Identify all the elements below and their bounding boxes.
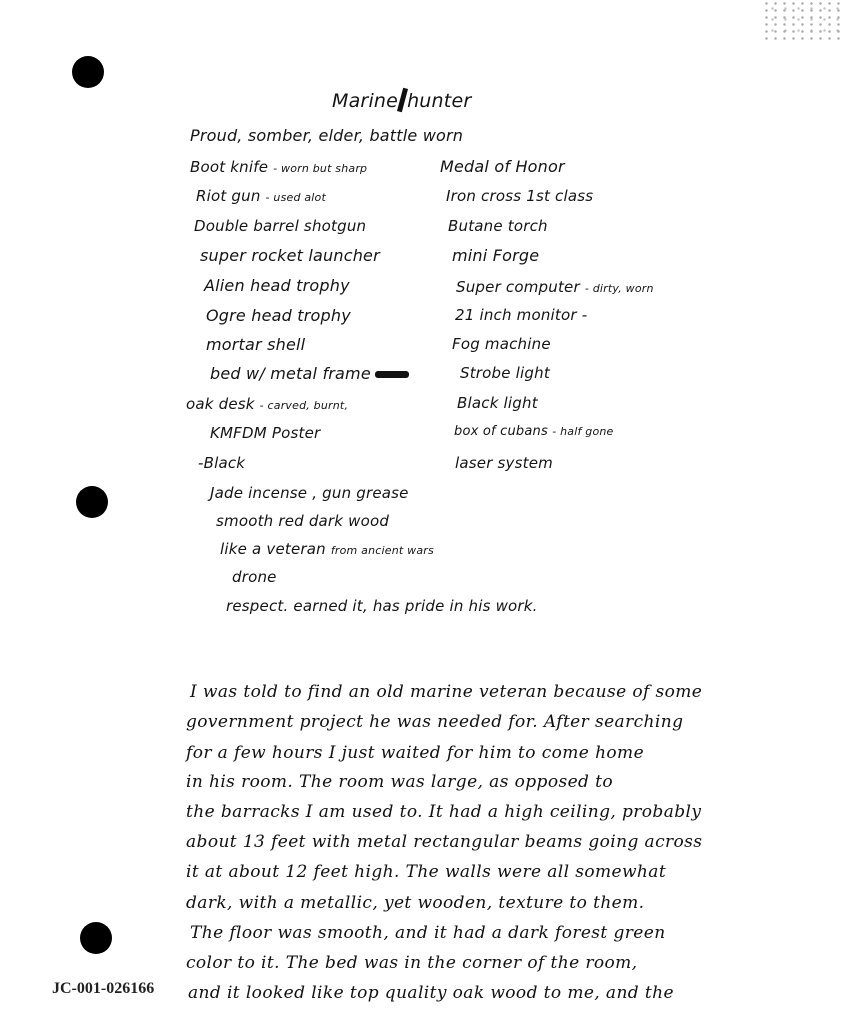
list-item: laser system bbox=[455, 454, 553, 472]
narrative-line: I was told to find an old marine veteran… bbox=[190, 682, 702, 702]
list-item: bed w/ metal frame bbox=[210, 364, 409, 383]
title-hunter: hunter bbox=[407, 90, 471, 112]
list-item: box of cubans - half gone bbox=[454, 424, 614, 439]
descriptor-line: Proud, somber, elder, battle worn bbox=[190, 126, 463, 145]
note-line: like a veteran from ancient wars bbox=[220, 540, 434, 558]
list-item: Super computer - dirty, worn bbox=[456, 278, 654, 296]
list-item: mortar shell bbox=[206, 335, 305, 354]
list-item: Fog machine bbox=[452, 335, 551, 353]
scan-speckle bbox=[762, 0, 842, 40]
list-item: mini Forge bbox=[452, 246, 539, 265]
list-item: oak desk - carved, burnt, bbox=[186, 395, 348, 413]
list-item: Double barrel shotgun bbox=[194, 217, 366, 235]
narrative-line: government project he was needed for. Af… bbox=[186, 712, 683, 732]
bates-number: JC-001-026166 bbox=[52, 980, 154, 998]
title-marine: Marine bbox=[332, 90, 398, 112]
list-item: KMFDM Poster bbox=[210, 424, 320, 442]
punch-hole-top bbox=[72, 56, 104, 88]
list-item: Butane torch bbox=[448, 217, 548, 235]
note-line: respect. earned it, has pride in his wor… bbox=[226, 597, 538, 615]
note-line: smooth red dark wood bbox=[216, 512, 389, 530]
list-item: Alien head trophy bbox=[204, 276, 350, 295]
narrative-line: it at about 12 feet high. The walls were… bbox=[186, 862, 666, 882]
narrative-line: the barracks I am used to. It had a high… bbox=[186, 802, 701, 822]
note-line: drone bbox=[232, 568, 277, 586]
narrative-line: The floor was smooth, and it had a dark … bbox=[190, 923, 666, 943]
punch-hole-bottom bbox=[80, 922, 112, 954]
narrative-line: and it looked like top quality oak wood … bbox=[188, 983, 674, 1003]
note-line: Jade incense , gun grease bbox=[210, 484, 409, 502]
list-item: Iron cross 1st class bbox=[446, 187, 593, 205]
narrative-line: in his room. The room was large, as oppo… bbox=[186, 772, 613, 792]
page-title: Marinehunter bbox=[332, 88, 471, 112]
list-item: Black light bbox=[457, 394, 538, 412]
list-item: Strobe light bbox=[460, 364, 550, 382]
narrative-line: about 13 feet with metal rectangular bea… bbox=[186, 832, 702, 852]
punch-hole-middle bbox=[76, 486, 108, 518]
list-item: super rocket launcher bbox=[200, 246, 380, 265]
list-item: -Black bbox=[198, 454, 245, 472]
list-item: Boot knife - worn but sharp bbox=[190, 158, 367, 176]
list-item: Riot gun - used alot bbox=[196, 187, 326, 205]
narrative-line: color to it. The bed was in the corner o… bbox=[186, 953, 637, 973]
list-item: Medal of Honor bbox=[440, 157, 565, 176]
list-item: 21 inch monitor - bbox=[455, 306, 587, 324]
narrative-line: dark, with a metallic, yet wooden, textu… bbox=[186, 893, 644, 913]
scribbled-out-mark bbox=[375, 371, 409, 378]
narrative-line: for a few hours I just waited for him to… bbox=[186, 743, 644, 763]
list-item: Ogre head trophy bbox=[206, 306, 351, 325]
